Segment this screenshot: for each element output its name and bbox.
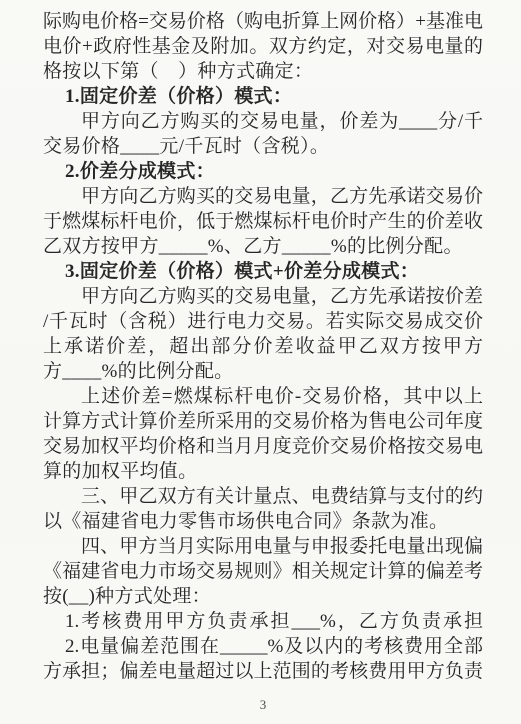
document-body: 际购电价格=交易价格（购电折算上网价格）+基准电度输配电价+政府性基金及附加。双… bbox=[43, 9, 483, 684]
page-number: 3 bbox=[43, 697, 483, 713]
text-line: 格按以下第（ ）种方式确定： bbox=[43, 59, 483, 84]
text-line: 2.电量偏差范围在_____%及以内的考核费用全部由乙 bbox=[43, 634, 483, 659]
text-line: 上承诺价差，超出部分价差收益甲乙双方按甲方_____%、乙 bbox=[43, 334, 483, 359]
text-line: 电价+政府性基金及附加。双方约定，对交易电量的交易价 bbox=[43, 34, 483, 59]
text-line: 上述价差=燃煤标杆电价-交易价格，其中以上 2、3 两种 bbox=[43, 384, 483, 409]
text-line: 算的加权平均值。 bbox=[43, 459, 483, 484]
text-line: 交易加权平均价格和当月月度竞价交易价格按交易电量计 bbox=[43, 434, 483, 459]
text-line: 以《福建省电力零售市场供电合同》条款为准。 bbox=[43, 509, 483, 534]
text-line: 按(__)种方式处理： bbox=[43, 584, 483, 609]
text-line: 3.固定价差（价格）模式+价差分成模式： bbox=[43, 259, 483, 284]
text-line: 方承担；偏差电量超过以上范围的考核费用甲方负责承 bbox=[43, 659, 483, 684]
text-line: 方____%的比例分配。 bbox=[43, 359, 483, 384]
text-line: 计算方式计算价差所采用的交易价格为售电公司年度长协 bbox=[43, 409, 483, 434]
text-line: 乙双方按甲方_____%、乙方_____%的比例分配。 bbox=[43, 234, 483, 259]
text-line: 甲方向乙方购买的交易电量，乙方先承诺按价差____分 bbox=[43, 284, 483, 309]
text-line: 1.固定价差（价格）模式： bbox=[43, 84, 483, 109]
text-line: 于燃煤标杆电价，低于燃煤标杆电价时产生的价差收益，甲 bbox=[43, 209, 483, 234]
text-line: 际购电价格=交易价格（购电折算上网价格）+基准电度输配 bbox=[43, 9, 483, 34]
text-line: 2.价差分成模式： bbox=[43, 159, 483, 184]
text-line: 甲方向乙方购买的交易电量，乙方先承诺交易价格不高 bbox=[43, 184, 483, 209]
text-line: 《福建省电力市场交易规则》相关规定计算的偏差考核费用 bbox=[43, 559, 483, 584]
text-line: 甲方向乙方购买的交易电量，价差为____分/千瓦时，即 bbox=[43, 109, 483, 134]
text-line: 1.考核费用甲方负责承担___%，乙方负责承担____%。 bbox=[43, 609, 483, 634]
text-line: /千瓦时（含税）进行电力交易。若实际交易成交价差超出以 bbox=[43, 309, 483, 334]
text-line: 交易价格____元/千瓦时（含税）。 bbox=[43, 134, 483, 159]
text-line: 四、甲方当月实际用电量与申报委托电量出现偏差，按 bbox=[43, 534, 483, 559]
text-line: 三、甲乙双方有关计量点、电费结算与支付的约定事宜 bbox=[43, 484, 483, 509]
contract-page: 际购电价格=交易价格（购电折算上网价格）+基准电度输配电价+政府性基金及附加。双… bbox=[0, 0, 521, 724]
